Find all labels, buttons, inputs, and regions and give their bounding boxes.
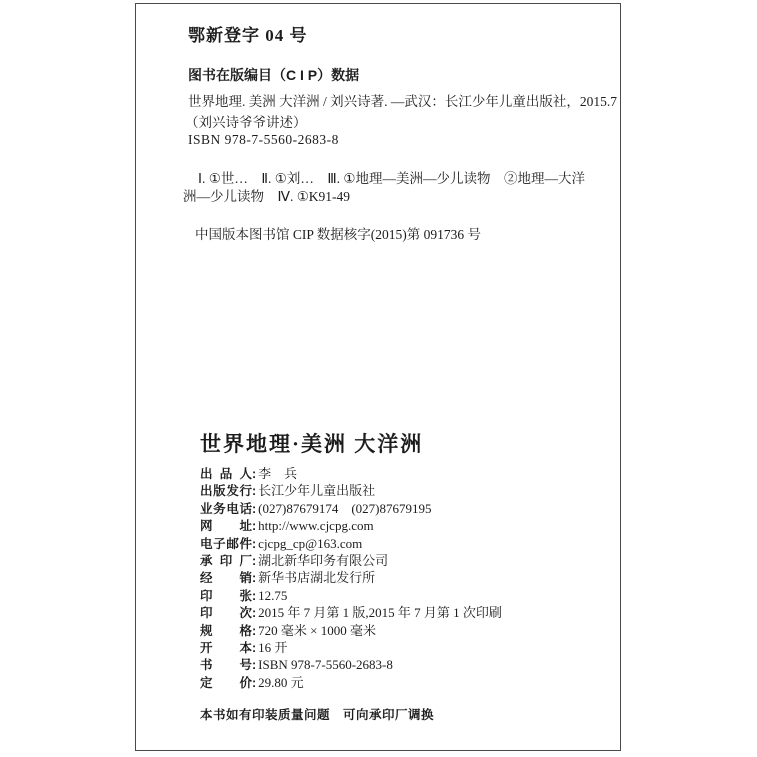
colophon-row-label: 网 址: [200, 518, 252, 535]
colophon-row-separator: :: [252, 501, 256, 518]
colophon-row-label: 出 品 人: [200, 466, 252, 483]
copyright-page: 鄂新登字 04 号 图书在版编目（C I P）数据 世界地理. 美洲 大洋洲 /…: [0, 0, 757, 757]
colophon-row-value: 湖北新华印务有限公司: [258, 553, 388, 568]
quality-notice: 本书如有印装质量问题 可向承印厂调换: [200, 705, 434, 723]
colophon-row-label: 经 销: [200, 570, 252, 587]
colophon-row-value: 720 毫米 × 1000 毫米: [258, 623, 376, 638]
colophon-row-value: 2015 年 7 月第 1 版,2015 年 7 月第 1 次印刷: [258, 605, 502, 620]
colophon-row-label: 业务电话: [200, 501, 252, 518]
cip-record-number: 中国版本图书馆 CIP 数据核字(2015)第 091736 号: [195, 223, 481, 243]
colophon-row-value: 长江少年儿童出版社: [258, 483, 375, 498]
colophon-row-edition: 印 次:2015 年 7 月第 1 版,2015 年 7 月第 1 次印刷: [200, 604, 502, 621]
colophon-row-printer: 承 印 厂:湖北新华印务有限公司: [200, 552, 502, 569]
cip-series-note: （刘兴诗爷爷讲述）: [185, 111, 307, 131]
colophon-row-value: 29.80 元: [258, 675, 304, 690]
colophon-row-phone: 业务电话:(027)87679174 (027)87679195: [200, 500, 502, 517]
cip-heading: 图书在版编目（C I P）数据: [188, 65, 359, 85]
colophon-row-sheets: 印 张:12.75: [200, 587, 502, 604]
colophon-row-value: ISBN 978-7-5560-2683-8: [258, 657, 393, 672]
colophon-row-value: 李 兵: [258, 466, 297, 481]
colophon-row-separator: :: [252, 553, 256, 570]
colophon-row-separator: :: [252, 518, 256, 535]
colophon-row-separator: :: [252, 605, 256, 622]
book-title: 世界地理·美洲 大洋洲: [200, 428, 423, 458]
colophon-row-label: 承 印 厂: [200, 553, 252, 570]
colophon-row-size: 规 格:720 毫米 × 1000 毫米: [200, 622, 502, 639]
colophon-row-separator: :: [252, 466, 256, 483]
colophon-row-website: 网 址:http://www.cjcpg.com: [200, 517, 502, 534]
register-number: 鄂新登字 04 号: [188, 21, 308, 46]
colophon-row-distributor: 经 销:新华书店湖北发行所: [200, 569, 502, 586]
page-border-frame: 鄂新登字 04 号 图书在版编目（C I P）数据 世界地理. 美洲 大洋洲 /…: [135, 3, 621, 751]
colophon-row-label: 印 张: [200, 588, 252, 605]
cip-isbn: ISBN 978-7-5560-2683-8: [188, 132, 339, 148]
colophon-row-separator: :: [252, 588, 256, 605]
colophon-row-email: 电子邮件:cjcpg_cp@163.com: [200, 535, 502, 552]
cip-classification-line2: 洲—少儿读物 Ⅳ. ①K91-49: [183, 185, 350, 205]
colophon-row-publisher: 出版发行:长江少年儿童出版社: [200, 482, 502, 499]
colophon-row-value: (027)87679174 (027)87679195: [258, 501, 431, 516]
colophon-row-price: 定 价:29.80 元: [200, 674, 502, 691]
colophon-row-label: 书 号: [200, 657, 252, 674]
colophon-row-label: 开 本: [200, 640, 252, 657]
colophon-row-isbn: 书 号:ISBN 978-7-5560-2683-8: [200, 656, 502, 673]
colophon-row-value: 新华书店湖北发行所: [258, 570, 375, 585]
colophon-row-value: http://www.cjcpg.com: [258, 518, 373, 533]
cip-description: 世界地理. 美洲 大洋洲 / 刘兴诗著. —武汉：长江少年儿童出版社，2015.…: [188, 90, 617, 110]
colophon-row-separator: :: [252, 536, 256, 553]
colophon-row-format: 开 本:16 开: [200, 639, 502, 656]
colophon-row-separator: :: [252, 675, 256, 692]
colophon-row-separator: :: [252, 657, 256, 674]
colophon-row-label: 出版发行: [200, 483, 252, 500]
colophon-row-separator: :: [252, 570, 256, 587]
colophon-row-label: 电子邮件: [200, 536, 252, 553]
colophon-row-separator: :: [252, 483, 256, 500]
colophon-row-separator: :: [252, 623, 256, 640]
colophon-row-value: 12.75: [258, 588, 287, 603]
colophon-row-label: 定 价: [200, 675, 252, 692]
colophon-row-value: 16 开: [258, 640, 287, 655]
colophon-rows: 出 品 人:李 兵 出版发行:长江少年儿童出版社 业务电话:(027)87679…: [200, 465, 502, 691]
colophon-row-label: 印 次: [200, 605, 252, 622]
colophon-row-separator: :: [252, 640, 256, 657]
colophon-row-value: cjcpg_cp@163.com: [258, 536, 362, 551]
colophon-row-producer: 出 品 人:李 兵: [200, 465, 502, 482]
colophon-row-label: 规 格: [200, 623, 252, 640]
cip-classification-line1: Ⅰ. ①世… Ⅱ. ①刘… Ⅲ. ①地理—美洲—少儿读物 ②地理—大洋: [198, 167, 585, 187]
